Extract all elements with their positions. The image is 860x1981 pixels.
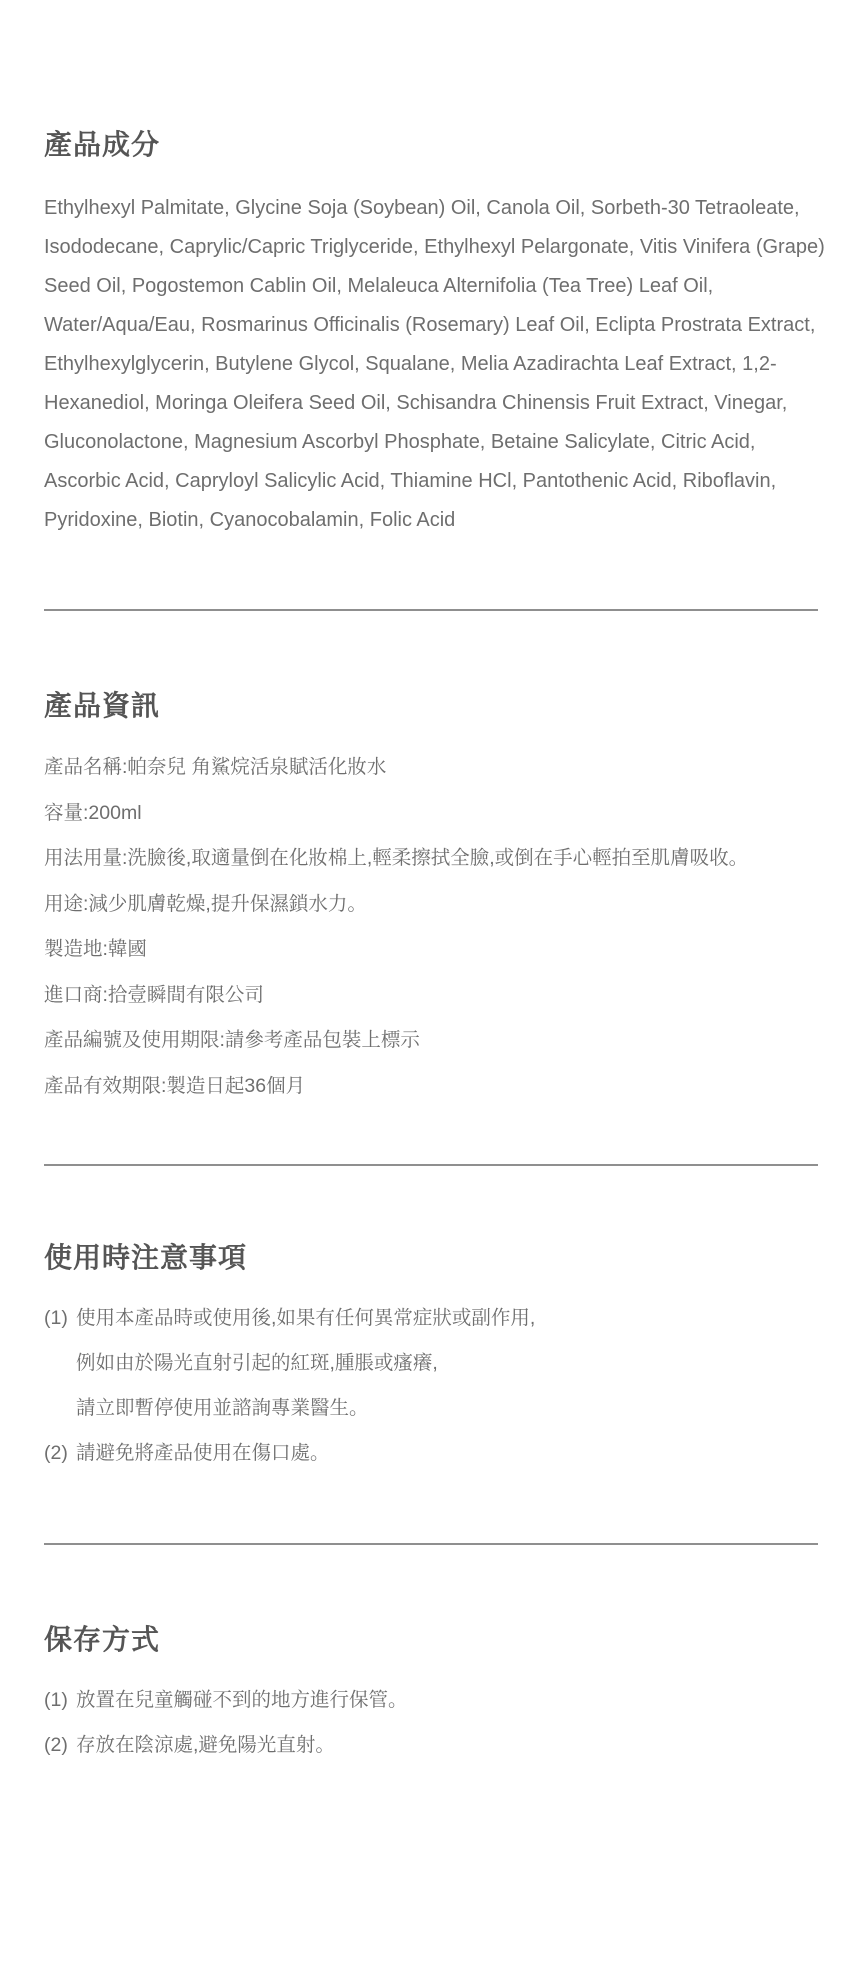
info-line-shelf-life: 產品有效期限:製造日起36個月 [44,1064,850,1110]
storage-list: (1) 放置在兒童觸碰不到的地方進行保管。 (2) 存放在陰涼處,避免陽光直射。 [44,1678,850,1768]
product-info-lines: 產品名稱:帕奈兒 角鯊烷活泉賦活化妝水 容量:200ml 用法用量:洗臉後,取適… [44,745,850,1109]
info-line-purpose: 用途:減少肌膚乾燥,提升保濕鎖水力。 [44,882,850,928]
precautions-section-title: 使用時注意事項 [44,1241,850,1275]
list-item: (1) 使用本產品時或使用後,如果有任何異常症狀或副作用, 例如由於陽光直射引起… [44,1296,850,1431]
item-marker: (1) [44,1678,76,1723]
info-line-usage: 用法用量:洗臉後,取適量倒在化妝棉上,輕柔擦拭全臉,或倒在手心輕拍至肌膚吸收。 [44,836,850,882]
list-item: (1) 放置在兒童觸碰不到的地方進行保管。 [44,1678,850,1723]
product-detail-page: 產品成分 Ethylhexyl Palmitate, Glycine Soja … [0,0,860,1981]
ingredients-section-title: 產品成分 [44,128,850,162]
precautions-list: (1) 使用本產品時或使用後,如果有任何異常症狀或副作用, 例如由於陽光直射引起… [44,1296,850,1476]
info-line-batch-expiry: 產品編號及使用期限:請參考產品包裝上標示 [44,1018,850,1064]
storage-section-title: 保存方式 [44,1623,850,1657]
section-divider [44,1543,818,1545]
list-item: (2) 存放在陰涼處,避免陽光直射。 [44,1723,850,1768]
info-line-origin: 製造地:韓國 [44,927,850,973]
section-divider [44,1164,818,1166]
list-item: (2) 請避免將產品使用在傷口處。 [44,1431,850,1476]
info-line-volume: 容量:200ml [44,791,850,837]
page-content: 產品成分 Ethylhexyl Palmitate, Glycine Soja … [0,128,860,1768]
item-marker: (1) [44,1296,76,1341]
section-divider [44,609,818,611]
item-text: 使用本產品時或使用後,如果有任何異常症狀或副作用, 例如由於陽光直射引起的紅斑,… [76,1296,535,1431]
item-text: 存放在陰涼處,避免陽光直射。 [76,1723,335,1768]
item-text: 請避免將產品使用在傷口處。 [76,1431,330,1476]
storage-section: 保存方式 (1) 放置在兒童觸碰不到的地方進行保管。 (2) 存放在陰涼處,避免… [44,1623,850,1768]
product-info-section: 產品資訊 產品名稱:帕奈兒 角鯊烷活泉賦活化妝水 容量:200ml 用法用量:洗… [44,689,850,1109]
item-marker: (2) [44,1723,76,1768]
ingredients-text: Ethylhexyl Palmitate, Glycine Soja (Soyb… [44,189,836,540]
item-text: 放置在兒童觸碰不到的地方進行保管。 [76,1678,408,1723]
product-info-section-title: 產品資訊 [44,689,850,723]
info-line-importer: 進口商:拾壹瞬間有限公司 [44,973,850,1019]
ingredients-section: 產品成分 Ethylhexyl Palmitate, Glycine Soja … [44,128,850,540]
precautions-section: 使用時注意事項 (1) 使用本產品時或使用後,如果有任何異常症狀或副作用, 例如… [44,1241,850,1476]
info-line-product-name: 產品名稱:帕奈兒 角鯊烷活泉賦活化妝水 [44,745,850,791]
item-marker: (2) [44,1431,76,1476]
